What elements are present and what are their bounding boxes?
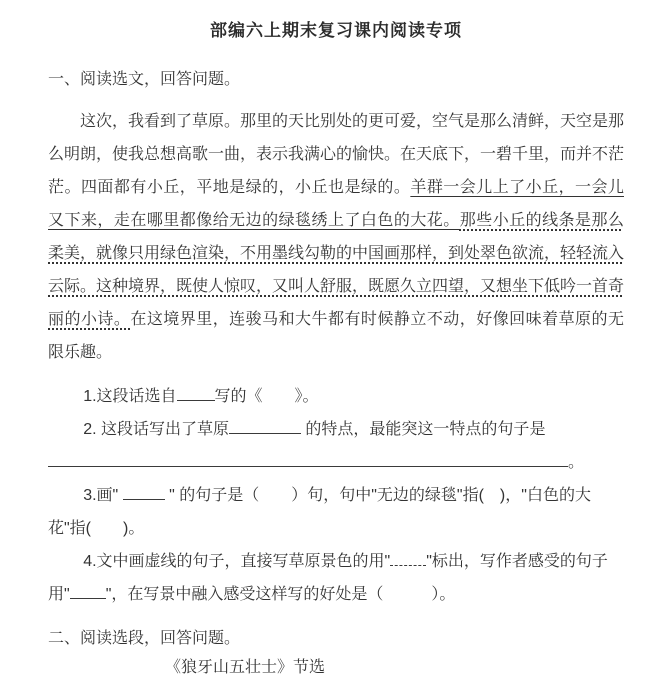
- section-1-heading: 一、阅读选文，回答问题。: [48, 68, 624, 92]
- question-2-text-before-blank: 2. 这段话写出了草原: [83, 421, 229, 438]
- passage: 这次，我看到了草原。那里的天比别处的更可爱，空气是那么清鲜，天空是那么明朗，使我…: [48, 105, 624, 369]
- question-3-text-before-blank: 3.画": [83, 487, 122, 504]
- question-2-text-continuation: 是: [529, 421, 545, 438]
- passage-segment-normal-2: 在这境界里，连骏马和大牛都有时候静立不动，好像回味着草原的无限乐趣。: [48, 311, 624, 361]
- question-3: 3.画" " 的句子是（ ）句，句中"无边的绿毯"指( )，"白色的大花"指( …: [48, 479, 624, 545]
- question-1-text-before-blank: 1.这段话选自: [83, 388, 176, 405]
- question-2-blank-short: [229, 418, 301, 434]
- section-2-heading: 二、阅读选段，回答问题。: [48, 627, 624, 651]
- question-1: 1.这段话选自写的《 》。: [48, 380, 624, 413]
- question-4-blank-solid: [70, 583, 106, 599]
- question-list: 1.这段话选自写的《 》。 2. 这段话写出了草原 的特点，最能突这一特点的句子…: [48, 380, 624, 611]
- question-2-text-end: 。: [568, 454, 584, 471]
- question-2: 2. 这段话写出了草原 的特点，最能突这一特点的句子是。: [48, 413, 624, 479]
- question-2-blank-long: [48, 451, 568, 467]
- question-1-text-after-blank: 写的《 》。: [215, 388, 319, 405]
- question-4-text-before-blanks: 4.文中画虚线的句子，直接写草原景色的用": [83, 553, 390, 570]
- question-4: 4.文中画虚线的句子，直接写草原景色的用""标出，写作者感受的句子用""，在写景…: [48, 545, 624, 611]
- question-4-blank-dashed: [390, 550, 426, 566]
- question-1-blank: [177, 385, 215, 401]
- question-3-blank: [123, 484, 165, 500]
- question-4-text-end: "，在写景中融入感受这样写的好处是（ ）。: [106, 586, 456, 603]
- excerpt-title: 《狼牙山五壮士》节选: [165, 651, 624, 684]
- worksheet-page: 部编六上期末复习课内阅读专项 一、阅读选文，回答问题。 这次，我看到了草原。那里…: [0, 0, 668, 685]
- question-2-text-middle: 的特点，最能突这一特点的句子: [301, 421, 529, 438]
- page-title: 部编六上期末复习课内阅读专项: [48, 16, 624, 41]
